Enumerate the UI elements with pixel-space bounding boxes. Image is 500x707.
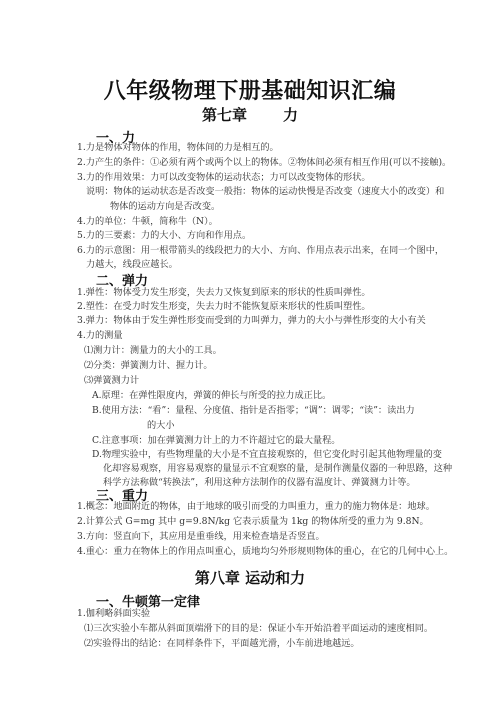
chapter-7-heading: 第七章力 [0,104,500,125]
text-line: 6.力的示意图：用一根带箭头的线段把力的大小、方向、作用点表示出来，在同一个图中… [77,245,444,257]
document-title: 八年级物理下册基础知识汇编 [0,74,500,105]
text-line: ⑶弹簧测力计 [84,375,139,387]
chapter-8-heading: 第八章 运动和力 [0,567,500,588]
text-line: 2.塑性：在受力时发生形变，失去力时不能恢复原来形状的性质叫塑性。 [77,301,371,313]
text-line: ⑵分类：弹簧测力计、握力计。 [84,360,213,372]
text-line: 2.计算公式 G=mg 其中 g=9.8N/kg 它表示质量为 1kg 的物体所… [77,516,429,528]
text-line: 说明：物体的运动状态是否改变一般指：物体的运动快慢是否改变（速度大小的改变）和 [86,186,444,198]
text-line: 4.力的测量 [77,330,123,342]
text-line: 物体的运动方向是否改变。 [110,201,220,213]
text-line: 4.力的单位：牛顿，简称牛（N）。 [77,216,218,228]
text-line: 1.弹性：物体受力发生形变，失去力又恢复到原来的形状的性质叫弹性。 [77,287,371,299]
text-line: ⑴测力计：测量力的大小的工具。 [84,345,222,357]
text-line: 3.方向：竖直向下，其应用是重垂线，用来检查墙是否竖直。 [77,531,325,543]
text-line: B.使用方法：“看”：量程、分度值、指针是否指零；“调”：调零；“读”：读出力 [92,405,415,417]
text-line: 1.伽利略斜面实验 [77,608,150,620]
text-line: C.注意事项：加在弹簧测力计上的力不许超过它的最大量程。 [92,435,341,447]
text-line: ⑵实验得出的结论：在同样条件下，平面越光滑，小车前进地越远。 [84,638,360,650]
text-line: 3.力的作用效果：力可以改变物体的运动状态；力可以改变物体的形状。 [77,172,371,184]
text-line: 1.力是物体对物体的作用，物体间的力是相互的。 [77,142,279,154]
text-line: 化却容易观察，用容易观察的量显示不宜观察的量，是制作测量仪器的一种思路，这种 [103,463,452,475]
text-line: 4.重心：重力在物体上的作用点叫重心，质地均匀外形规则物体的重心，在它的几何中心… [77,546,453,558]
text-line: D.物理实验中，有些物理量的大小是不宜直接观察的，但它变化时引起其他物理量的变 [92,449,442,461]
text-line: A.原理：在弹性限度内，弹簧的伸长与所受的拉力成正比。 [92,390,331,402]
text-line: 的大小 [147,420,175,432]
document-page: 八年级物理下册基础知识汇编 第七章力 一、力 1.力是物体对物体的作用，物体间的… [0,0,500,707]
text-line: 3.弹力：物体由于发生弹性形变而受到的力叫弹力，弹力的大小与弹性形变的大小有关 [77,315,426,327]
chapter-8-label: 第八章 [195,569,240,587]
text-line: 2.力产生的条件：①必须有两个或两个以上的物体。②物体间必须有相互作用(可以不接… [77,157,451,169]
chapter-8-name: 运动和力 [245,569,305,587]
text-line: 1.概念：地面附近的物体，由于地球的吸引而受的力叫重力，重力的施力物体是：地球。 [77,501,435,513]
text-line: 5.力的三要素：力的大小、方向和作用点。 [77,230,251,242]
chapter-7-label: 第七章 [202,106,247,124]
text-line: ⑴三次实验小车都从斜面顶端滑下的目的是：保证小车开始沿着平面运动的速度相同。 [84,623,433,635]
chapter-7-name: 力 [283,106,298,124]
text-line: 科学方法称做“转换法”，利用这种方法制作的仪器有温度计、弹簧测力计等。 [103,477,416,489]
